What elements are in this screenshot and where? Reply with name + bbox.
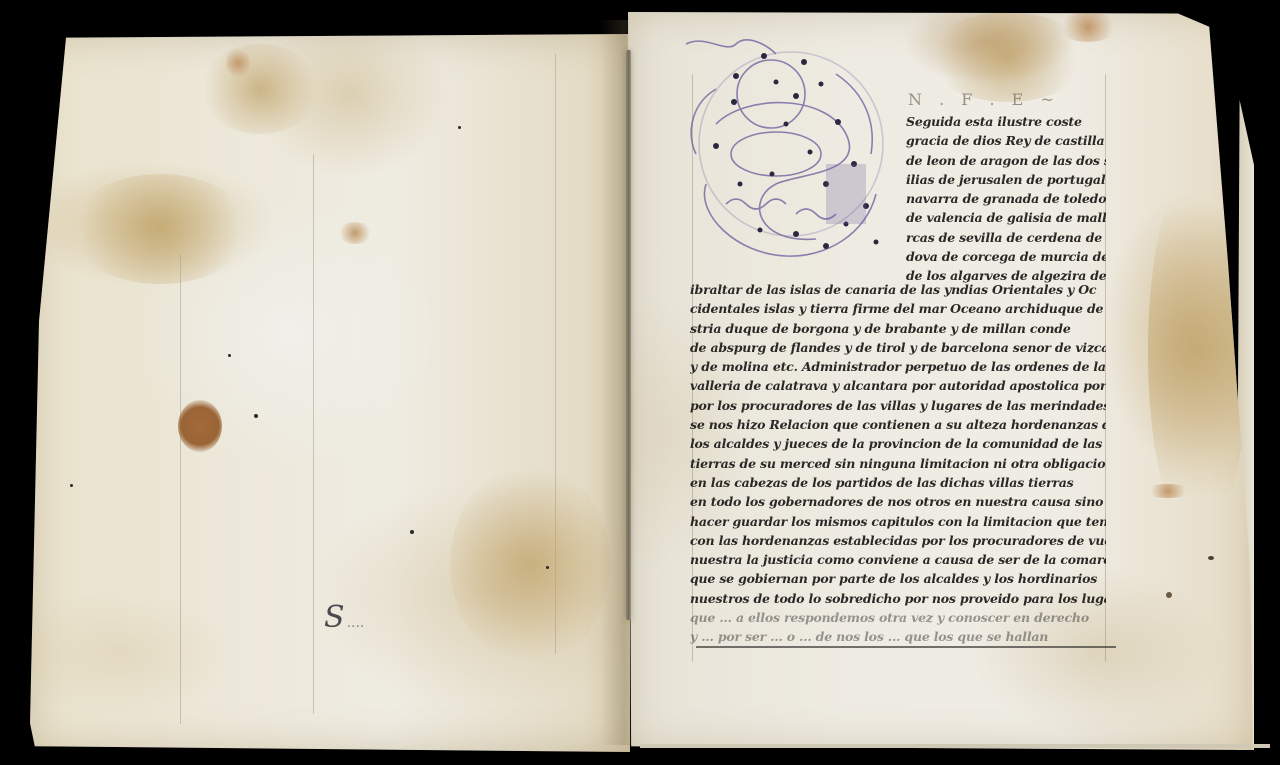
text-line: Seguida esta ilustre coste [906,112,1106,131]
water-stain [70,174,250,284]
text-line: de valencia de galisia de mallo [906,208,1106,227]
text-line: y de molina etc. Administrador perpetuo … [690,357,1106,376]
text-line: gracia de dios Rey de castilla [906,131,1106,150]
brown-stain [338,222,372,244]
text-beside-initial: Seguida esta ilustre coste gracia de dio… [906,112,1106,286]
text-line: hacer guardar los mismos capitulos con l… [690,512,1106,531]
ink-speck [546,566,549,569]
text-line: nuestra la justicia como conviene a caus… [690,550,1106,569]
text-line: dova de corcega de murcia de jaen [906,247,1106,266]
text-line: con las hordenanzas establecidas por los… [690,531,1106,550]
left-page-ruling-line [313,154,314,714]
brown-stain [1146,484,1190,498]
illuminated-initial [676,34,896,274]
ink-speck [70,484,73,487]
illuminated-initial-s-icon [676,34,896,274]
water-stain [200,44,320,134]
text-line: cidentales islas y tierra firme del mar … [690,299,1106,318]
binding-thread [626,50,631,620]
water-stain [450,464,610,664]
text-line: por los procuradores de las villas y lug… [690,396,1106,415]
text-line: en las cabezas de los partidos de las di… [690,473,1106,492]
text-line: que ... a ellos respondemos otra vez y c… [690,608,1106,627]
ink-speck [458,126,461,129]
text-line: rcas de sevilla de cerdena de cor [906,228,1106,247]
water-stain [928,12,1088,102]
text-line: en todo los gobernadores de nos otros en… [690,492,1106,511]
text-line: de abspurg de flandes y de tirol y de ba… [690,338,1106,357]
brown-stain [226,48,250,78]
brown-stain [178,400,222,452]
right-page: N . F . E ~ Seguida esta ilustre coste g… [628,12,1253,750]
black-background: S.... [0,0,1280,765]
text-line: ilias de jerusalen de portugal de [906,170,1106,189]
ink-speck [228,354,231,357]
left-page-ruling-line [180,254,181,724]
page-edge [640,744,1270,748]
text-line: nuestros de todo lo sobredicho por nos p… [690,589,1106,608]
left-page: S.... [30,34,630,752]
text-line: ibraltar de las islas de canaria de las … [690,280,1106,299]
text-line: que se gobiernan por parte de los alcald… [690,569,1106,588]
text-line: navarra de granada de toledo [906,189,1106,208]
heading-line: N . F . E ~ [908,90,1098,112]
text-line: y ... por ser ... o ... de nos los ... q… [690,627,1106,646]
bottom-rule [696,646,1116,648]
text-line: de leon de aragon de las dos sic [906,151,1106,170]
text-line: valleria de calatrava y alcantara por au… [690,376,1106,395]
ink-speck [1166,592,1172,598]
text-line: tierras de su merced sin ninguna limitac… [690,454,1106,473]
text-full-width: ibraltar de las islas de canaria de las … [690,280,1106,647]
text-line: stria duque de borgona y de brabante y d… [690,319,1106,338]
ink-speck [1208,556,1214,560]
text-line: se nos hizo Relacion que contienen a su … [690,415,1106,434]
text-line: los alcaldes y jueces de la provincion d… [690,434,1106,453]
signature-mark: S.... [324,600,364,635]
ink-speck [410,530,414,534]
ink-speck [254,414,258,418]
